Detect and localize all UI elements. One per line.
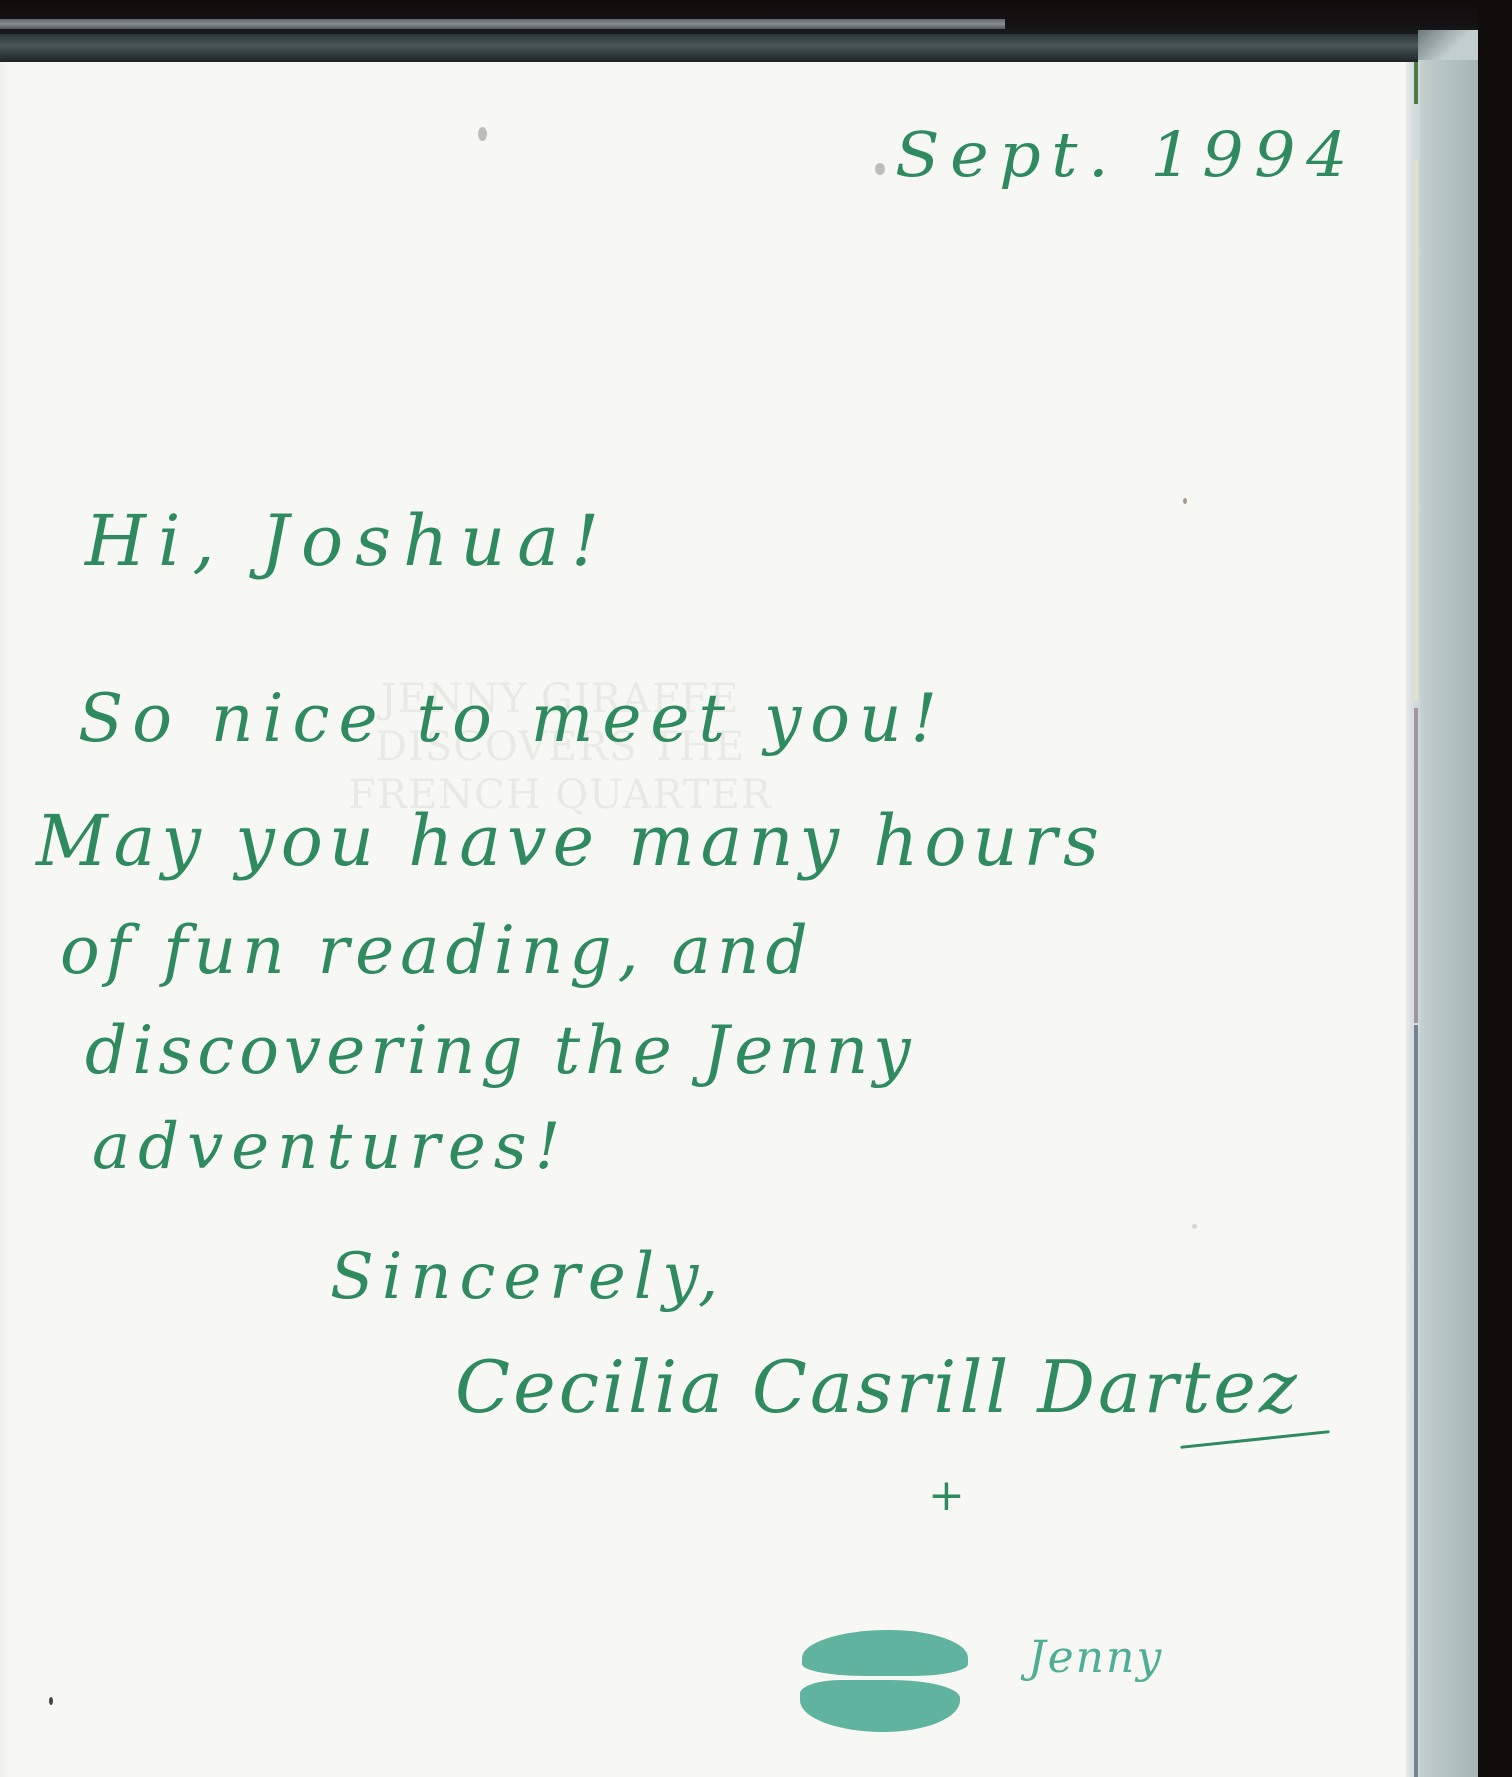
inscription-date: Sept. 1994 xyxy=(895,118,1358,191)
inscription-closing: Sincerely, xyxy=(330,1240,726,1314)
paper-speck xyxy=(478,127,487,141)
inscription-body-line: May you have many hours xyxy=(36,800,1105,882)
jenny-signature: Jenny xyxy=(1028,1632,1163,1683)
page-edge-blue xyxy=(1414,1025,1418,1777)
inscription-body-line: So nice to meet you! xyxy=(78,680,946,757)
page-edge-mauve xyxy=(1414,708,1418,1023)
book-cover-right-edge xyxy=(1418,30,1478,1777)
lower-lip-shape xyxy=(800,1680,960,1732)
book-cover-top-edge xyxy=(0,34,1470,62)
page-edge-cream xyxy=(1414,160,1418,700)
book-cover-corner xyxy=(1418,30,1478,60)
lips-kiss-print-icon xyxy=(800,1630,970,1732)
inscription-body-line: of fun reading, and xyxy=(60,912,814,989)
author-signature: Cecilia Casrill Dartez xyxy=(455,1345,1300,1429)
paper-speck xyxy=(49,1697,53,1705)
paper-speck xyxy=(1192,1224,1197,1229)
book-edge-strip xyxy=(0,19,1005,29)
upper-lip-shape xyxy=(802,1630,968,1676)
scanner-background-right xyxy=(1478,0,1512,1777)
paper-speck xyxy=(875,163,885,175)
page-shadow xyxy=(0,62,10,1777)
paper-speck xyxy=(1183,498,1187,504)
signature-mark: + xyxy=(928,1470,965,1521)
inscription-body-line: discovering the Jenny xyxy=(85,1012,916,1089)
page-edge-green xyxy=(1414,62,1418,104)
inscription-body-line: adventures! xyxy=(92,1110,568,1184)
inscription-greeting: Hi, Joshua! xyxy=(85,500,611,582)
